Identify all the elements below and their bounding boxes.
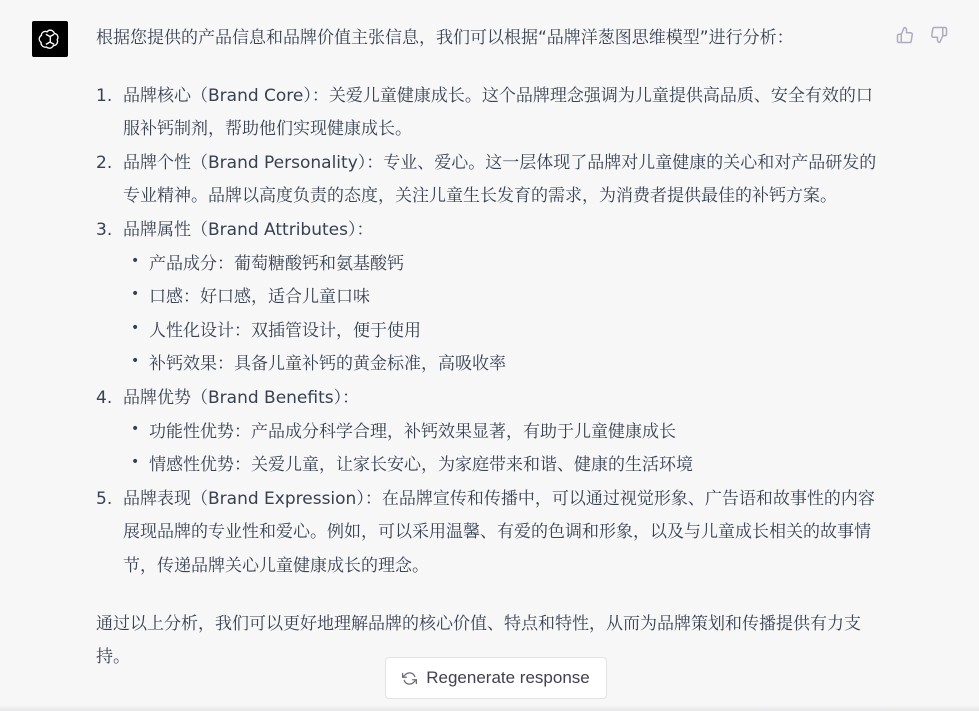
list-item-brand-benefits: 4. 品牌优势（Brand Benefits）： •功能性优势：产品成分科学合理…	[96, 382, 883, 483]
list-number: 2.	[96, 147, 112, 181]
bullet-icon: •	[131, 345, 139, 379]
list-item-text: 品牌个性（Brand Personality）：专业、爱心。这一层体现了品牌对儿…	[123, 153, 876, 207]
assistant-avatar	[32, 21, 68, 57]
bullet-icon: •	[131, 446, 139, 480]
list-number: 5.	[96, 483, 112, 517]
attributes-sublist: •产品成分：葡萄糖酸钙和氨基酸钙 •口感：好口感，适合儿童口味 •人性化设计：双…	[123, 248, 883, 382]
sublist-item: •补钙效果：具备儿童补钙的黄金标准，高吸收率	[123, 348, 883, 382]
list-item-brand-personality: 2. 品牌个性（Brand Personality）：专业、爱心。这一层体现了品…	[96, 147, 883, 214]
bullet-icon: •	[131, 278, 139, 312]
list-number: 3.	[96, 214, 112, 248]
thumbs-up-button[interactable]	[895, 25, 915, 45]
thumbs-down-button[interactable]	[929, 25, 949, 45]
sublist-item: •功能性优势：产品成分科学合理，补钙效果显著，有助于儿童健康成长	[123, 416, 883, 450]
list-item-brand-core: 1. 品牌核心（Brand Core）：关爱儿童健康成长。这个品牌理念强调为儿童…	[96, 80, 883, 147]
list-number: 4.	[96, 382, 112, 416]
openai-logo-icon	[37, 26, 63, 52]
bullet-icon: •	[131, 413, 139, 447]
thumbs-up-icon	[896, 26, 914, 44]
assistant-message: 根据您提供的产品信息和品牌价值主张信息，我们可以根据“品牌洋葱图思维模型”进行分…	[0, 0, 979, 711]
refresh-icon	[402, 671, 417, 686]
feedback-controls	[895, 25, 949, 45]
bullet-icon: •	[131, 312, 139, 346]
list-item-text: 品牌核心（Brand Core）：关爱儿童健康成长。这个品牌理念强调为儿童提供高…	[123, 86, 873, 140]
thumbs-down-icon	[930, 26, 948, 44]
list-item-text: 品牌属性（Brand Attributes）：	[123, 220, 373, 240]
benefits-sublist: •功能性优势：产品成分科学合理，补钙效果显著，有助于儿童健康成长 •情感性优势：…	[123, 416, 883, 483]
list-item-brand-expression: 5. 品牌表现（Brand Expression）：在品牌宣传和传播中，可以通过…	[96, 483, 883, 584]
regenerate-label: Regenerate response	[426, 668, 590, 688]
message-content: 根据您提供的产品信息和品牌价值主张信息，我们可以根据“品牌洋葱图思维模型”进行分…	[96, 22, 886, 675]
list-item-text: 品牌优势（Brand Benefits）：	[123, 388, 359, 408]
sublist-item: •情感性优势：关爱儿童，让家长安心，为家庭带来和谐、健康的生活环境	[123, 449, 883, 483]
analysis-list: 1. 品牌核心（Brand Core）：关爱儿童健康成长。这个品牌理念强调为儿童…	[96, 80, 886, 584]
bullet-icon: •	[131, 245, 139, 279]
sublist-item: •口感：好口感，适合儿童口味	[123, 281, 883, 315]
list-item-text: 品牌表现（Brand Expression）：在品牌宣传和传播中，可以通过视觉形…	[123, 489, 875, 576]
sublist-item: •产品成分：葡萄糖酸钙和氨基酸钙	[123, 248, 883, 282]
regenerate-response-button[interactable]: Regenerate response	[385, 657, 607, 699]
intro-paragraph: 根据您提供的产品信息和品牌价值主张信息，我们可以根据“品牌洋葱图思维模型”进行分…	[96, 22, 886, 56]
list-number: 1.	[96, 80, 112, 114]
list-item-brand-attributes: 3. 品牌属性（Brand Attributes）： •产品成分：葡萄糖酸钙和氨…	[96, 214, 883, 382]
sublist-item: •人性化设计：双插管设计，便于使用	[123, 315, 883, 349]
bottom-fade	[0, 705, 979, 711]
